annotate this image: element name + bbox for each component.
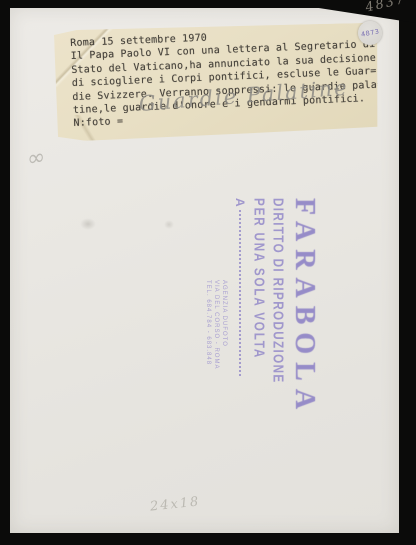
pencil-squiggle-mark: ∞ (27, 144, 46, 172)
stamp-usage-line: PER UNA SOLA VOLTA (251, 198, 268, 369)
stamp-fill-in-line: A (233, 198, 247, 388)
dufoto-address: VIA DEL CORSO - ROMA (212, 280, 220, 388)
archive-number-sticker: 4873 (358, 21, 382, 45)
dufoto-agency-name: AGENZIA DUFOTO (220, 280, 228, 388)
stamp-rights-line: DIRITTO DI RIPRODUZIONE (270, 198, 287, 369)
scanner-edge-right (399, 0, 416, 545)
dufoto-phone: TEL. 684.784 - 683.848 (204, 280, 212, 388)
stamp-agency-title: FARABOLA (289, 198, 319, 388)
farabola-copyright-stamp: FARABOLA DIRITTO DI RIPRODUZIONE PER UNA… (187, 198, 319, 388)
paper-smudge (80, 218, 96, 230)
paper-smudge (164, 220, 174, 229)
scanner-edge-bottom (0, 533, 416, 545)
photo-scan: Roma 15 settembre 1970 Il Papa Paolo VI … (0, 0, 416, 545)
stamp-fill-prefix: A (233, 198, 247, 207)
stamp-dotted-line (239, 210, 241, 376)
dufoto-agency-stamp: AGENZIA DUFOTO VIA DEL CORSO - ROMA TEL.… (204, 280, 228, 388)
scanner-edge-left (0, 0, 10, 545)
sticker-number: 4873 (360, 27, 380, 38)
photo-verso-paper: Roma 15 settembre 1970 Il Papa Paolo VI … (10, 8, 399, 533)
pencil-size-note: 24x18 (149, 494, 201, 514)
